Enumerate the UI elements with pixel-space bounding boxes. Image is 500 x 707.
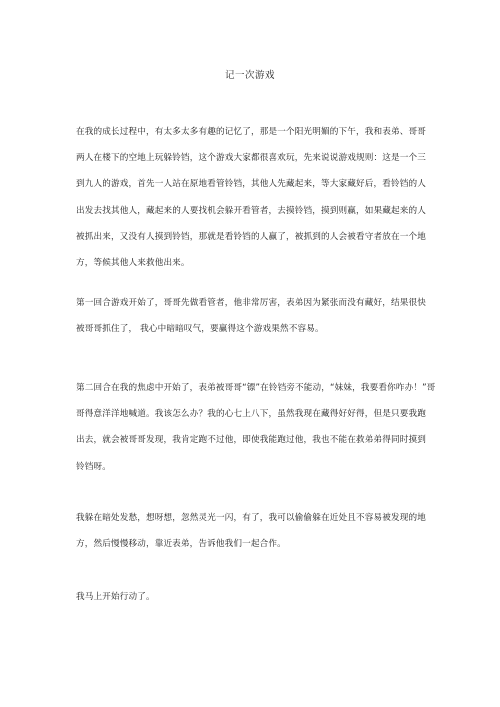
document-page: 记一次游戏 在我的成长过程中，有太多太多有趣的记忆了，那是一个阳光明媚的下午，我… [0,0,500,707]
paragraph-line: 方，等候其他人来救他出来。 [76,256,426,282]
paragraph-1: 在我的成长过程中，有太多太多有趣的记忆了，那是一个阳光明媚的下午，我和表弟、哥哥… [76,125,426,282]
paragraph-3: 第二回合在我的焦虑中开始了，表弟被哥哥“镖”在铃铛旁不能动，“妹妹，我要看你咋办… [76,381,426,486]
paragraph-line: 在我的成长过程中，有太多太多有趣的记忆了，那是一个阳光明媚的下午，我和表弟、哥哥 [76,125,426,151]
document-title: 记一次游戏 [0,67,500,81]
paragraph-line: 第二回合在我的焦虑中开始了，表弟被哥哥“镖”在铃铛旁不能动，“妹妹，我要看你咋办… [76,381,426,407]
paragraph-line: 被抓出来，又没有人摸到铃铛，那就是看铃铛的人赢了，被抓到的人会被看守者放在一个地 [76,230,426,256]
paragraph-line: 我躲在暗处发愁，想呀想，忽然灵光一闪，有了，我可以偷偷躲在近处且不容易被发现的地 [76,511,426,537]
paragraph-line: 铃铛呀。 [76,460,426,486]
paragraph-line: 两人在楼下的空地上玩躲铃铛，这个游戏大家都很喜欢玩，先来说说游戏规则：这是一个三 [76,151,426,177]
paragraph-line: 我马上开始行动了。 [76,590,426,616]
paragraph-line: 出去，就会被哥哥发现，我肯定跑不过他，即使我能跑过他，我也不能在救弟弟得同时摸到 [76,433,426,459]
paragraph-line: 到九人的游戏，首先一人站在原地看管铃铛，其他人先藏起来，等大家藏好后，看铃铛的人 [76,177,426,203]
paragraph-line: 被哥哥抓住了， 我心中暗暗叹气，要赢得这个游戏果然不容易。 [76,322,426,348]
paragraph-2: 第一回合游戏开始了，哥哥先做看管者，他非常厉害，表弟因为紧张而没有藏好，结果很快… [76,296,426,348]
paragraph-line: 方，然后慢慢移动，靠近表弟，告诉他我们一起合作。 [76,537,426,563]
paragraph-line: 第一回合游戏开始了，哥哥先做看管者，他非常厉害，表弟因为紧张而没有藏好，结果很快 [76,296,426,322]
paragraph-5: 我马上开始行动了。 [76,590,426,616]
paragraph-line: 哥得意洋洋地喊道。我该怎么办？我的心七上八下，虽然我现在藏得好好得，但是只要我跑 [76,407,426,433]
paragraph-line: 出发去找其他人，藏起来的人要找机会躲开看管者，去摸铃铛，摸到则赢，如果藏起来的人 [76,204,426,230]
paragraph-4: 我躲在暗处发愁，想呀想，忽然灵光一闪，有了，我可以偷偷躲在近处且不容易被发现的地… [76,511,426,563]
